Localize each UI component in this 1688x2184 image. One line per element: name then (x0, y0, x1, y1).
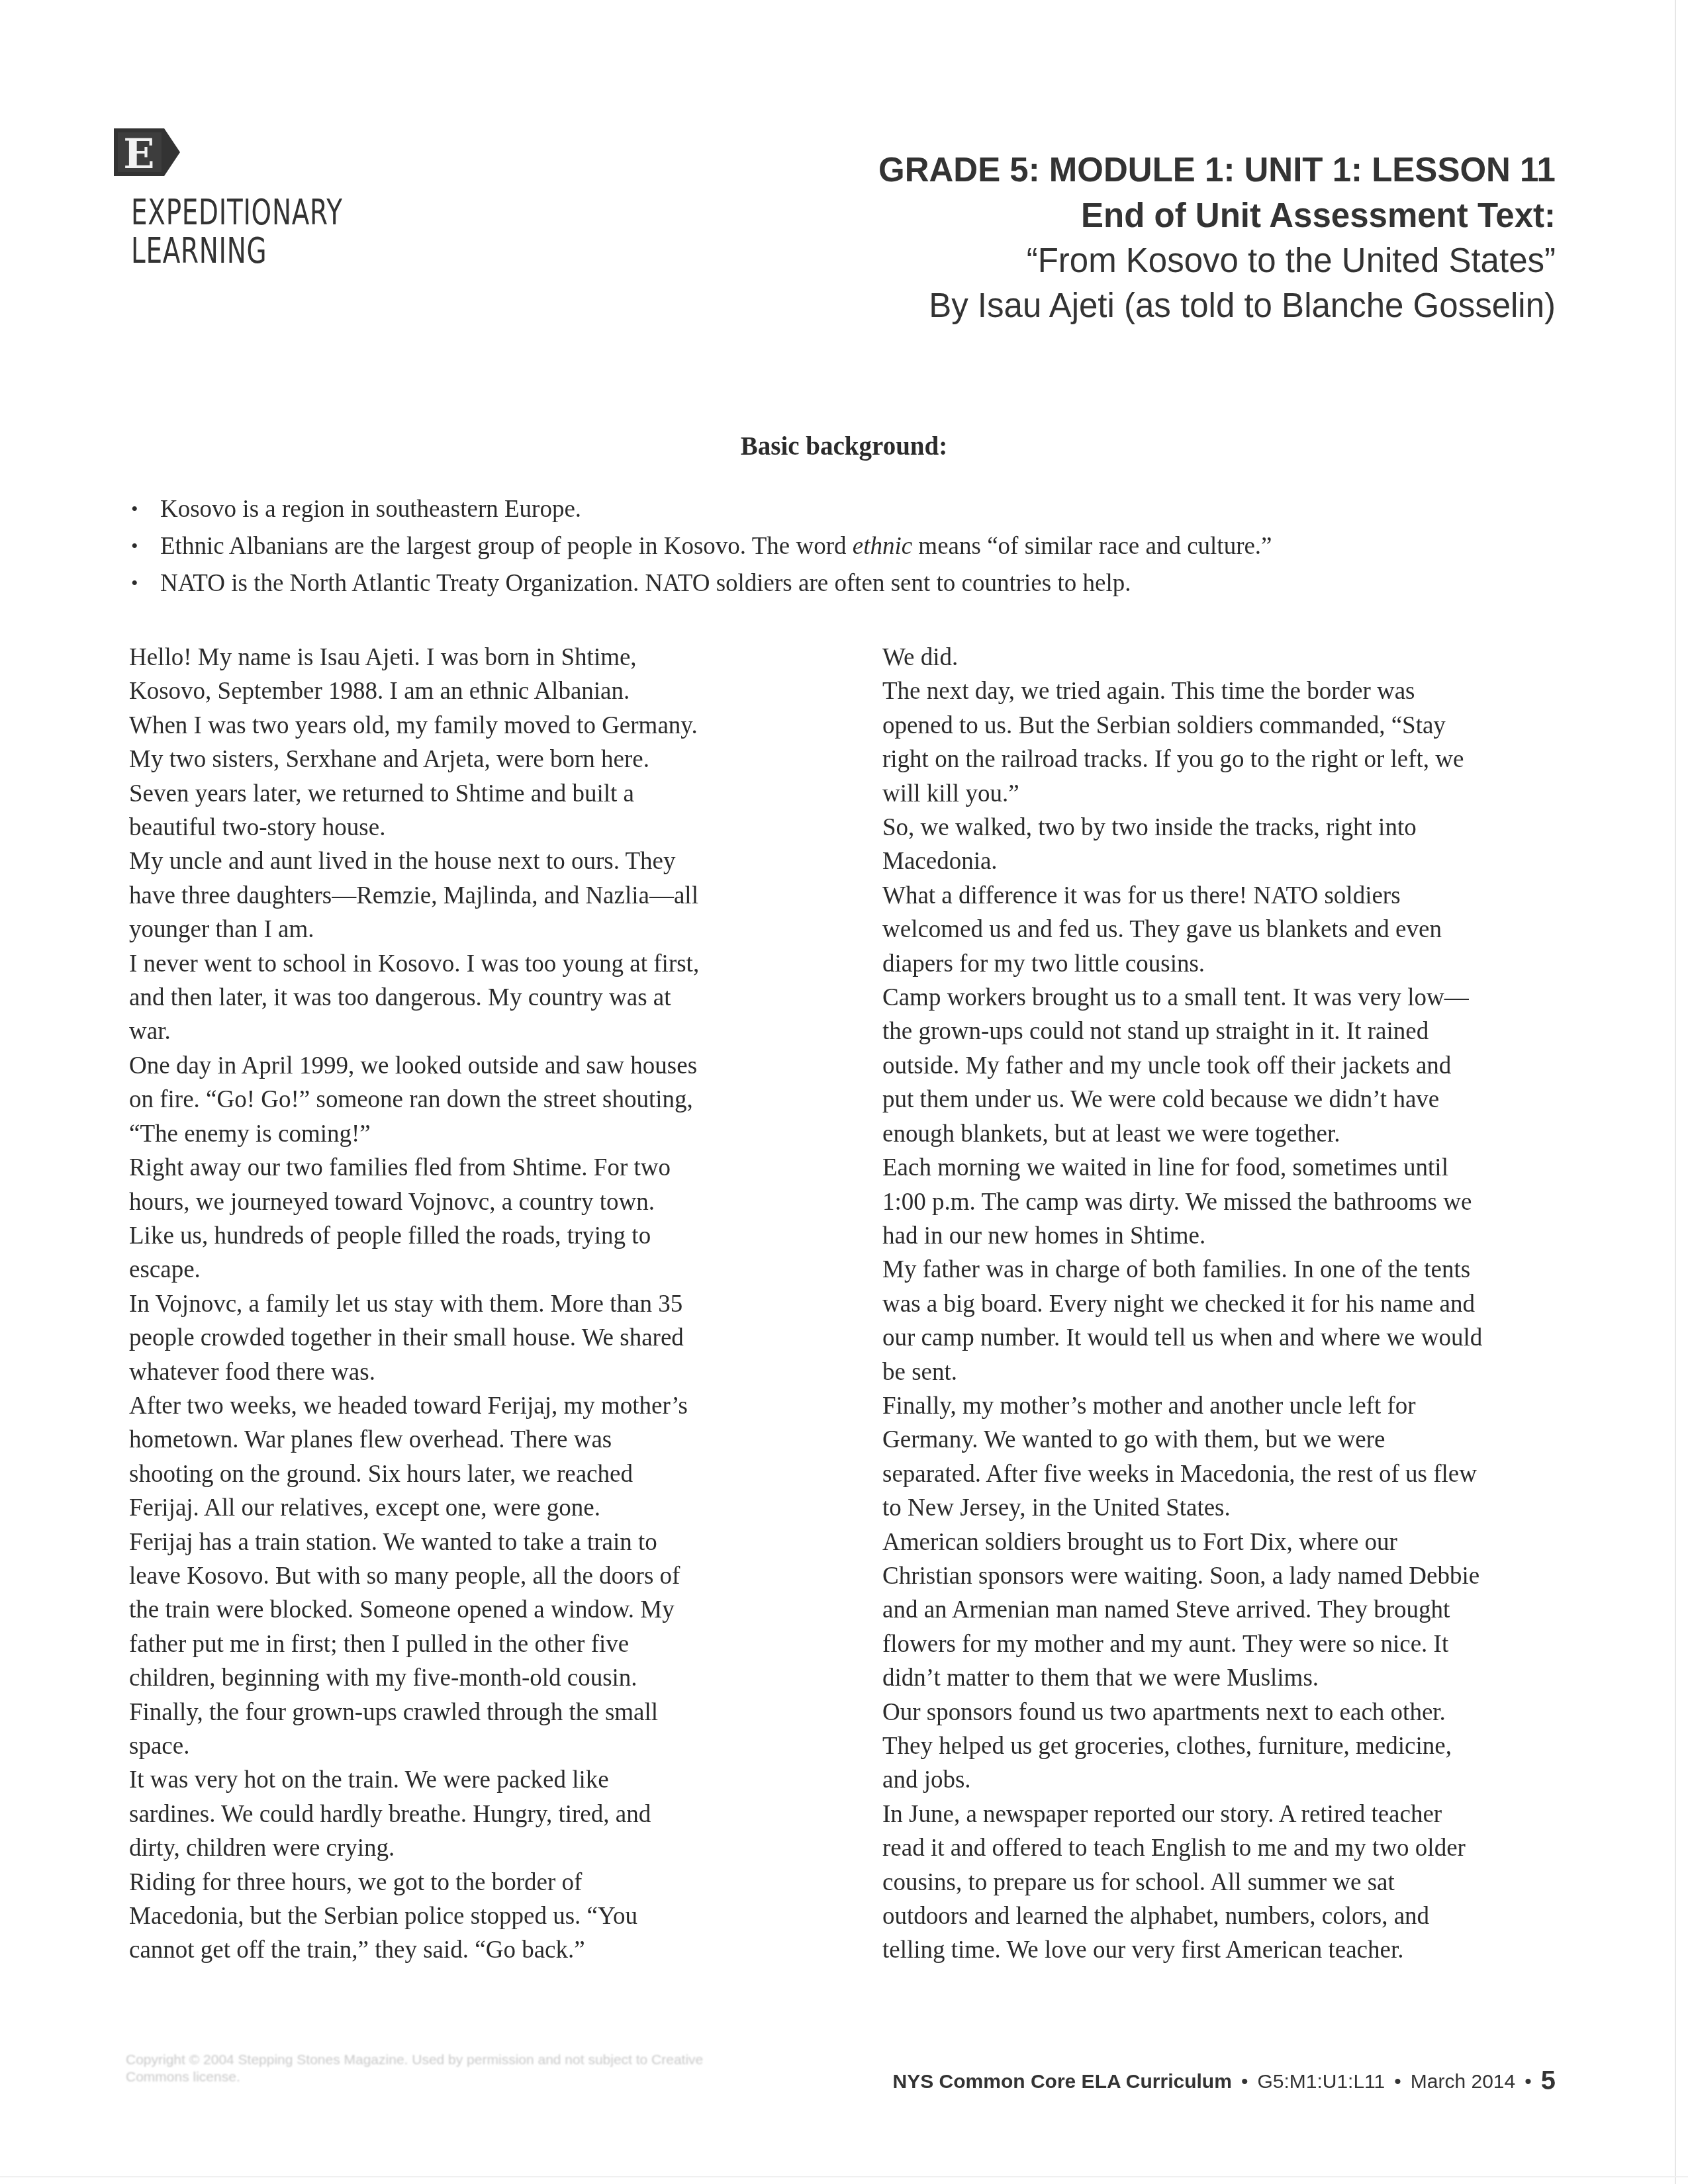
story-paragraph: One day in April 1999, we looked outside… (129, 1049, 784, 1151)
text-author: By Isau Ajeti (as told to Blanche Gossel… (878, 283, 1556, 328)
svg-text:E: E (123, 130, 154, 177)
story-paragraph: Hello! My name is Isau Ajeti. I was born… (129, 641, 784, 844)
story-paragraph: It was very hot on the train. We were pa… (129, 1763, 784, 1865)
background-list: • Kosovo is a region in southeastern Eur… (127, 491, 1272, 602)
bullet-text: means “of similar race and culture.” (912, 533, 1272, 560)
logo-line-1: EXPEDITIONARY (131, 193, 343, 232)
bullet-icon: • (131, 491, 138, 528)
lesson-code: G5:M1:U1:L11 (1257, 2071, 1385, 2093)
footer-info: NYS Common Core ELA Curriculum•G5:M1:U1:… (893, 2066, 1556, 2096)
story-paragraph: After two weeks, we headed toward Ferija… (129, 1389, 784, 1525)
bullet-icon: • (131, 565, 138, 602)
logo-line-2: LEARNING (131, 232, 343, 270)
separator-dot: • (1385, 2071, 1411, 2093)
publication-date: March 2014 (1411, 2071, 1515, 2093)
page-edge (1675, 0, 1676, 2184)
page-edge (0, 2176, 1688, 2177)
background-bullet: • NATO is the North Atlantic Treaty Orga… (127, 565, 1272, 602)
story-paragraph: Our sponsors found us two apartments nex… (882, 1696, 1564, 1797)
story-paragraph: Riding for three hours, we got to the bo… (129, 1866, 784, 1968)
story-paragraph: We did. (882, 641, 1564, 674)
expeditionary-learning-e-flag-icon: E (113, 127, 181, 177)
story-paragraph: In Vojnovc, a family let us stay with th… (129, 1287, 784, 1389)
page-number: 5 (1541, 2066, 1556, 2095)
background-heading: Basic background: (0, 432, 1688, 461)
expeditionary-learning-logo: E EXPEDITIONARY LEARNING (113, 127, 181, 177)
lesson-identifier: GRADE 5: MODULE 1: UNIT 1: LESSON 11 (878, 147, 1556, 193)
story-paragraph: Each morning we waited in line for food,… (882, 1151, 1564, 1253)
story-paragraph: I never went to school in Kosovo. I was … (129, 947, 784, 1049)
background-bullet: • Ethnic Albanians are the largest group… (127, 528, 1272, 565)
copyright-notice: Copyright © 2004 Stepping Stones Magazin… (126, 2052, 722, 2086)
story-column-left: Hello! My name is Isau Ajeti. I was born… (129, 641, 784, 1968)
story-paragraph: In June, a newspaper reported our story.… (882, 1797, 1564, 1968)
bullet-text: Kosovo is a region in southeastern Europ… (160, 496, 581, 523)
text-title: “From Kosovo to the United States” (878, 238, 1556, 283)
bullet-italic-term: ethnic (853, 533, 912, 560)
story-paragraph: So, we walked, two by two inside the tra… (882, 811, 1564, 879)
story-paragraph: Ferijaj has a train station. We wanted t… (129, 1525, 784, 1764)
story-paragraph: American soldiers brought us to Fort Dix… (882, 1525, 1564, 1696)
assessment-label: End of Unit Assessment Text: (878, 193, 1556, 238)
bullet-text: Ethnic Albanians are the largest group o… (160, 533, 853, 560)
separator-dot: • (1232, 2071, 1258, 2093)
separator-dot: • (1515, 2071, 1541, 2093)
story-paragraph: The next day, we tried again. This time … (882, 674, 1564, 811)
bullet-text: NATO is the North Atlantic Treaty Organi… (160, 570, 1131, 597)
curriculum-name: NYS Common Core ELA Curriculum (893, 2071, 1232, 2093)
story-paragraph: Right away our two families fled from Sh… (129, 1151, 784, 1287)
bullet-icon: • (131, 528, 138, 565)
story-paragraph: What a difference it was for us there! N… (882, 879, 1564, 981)
story-paragraph: My father was in charge of both families… (882, 1253, 1564, 1389)
background-bullet: • Kosovo is a region in southeastern Eur… (127, 491, 1272, 528)
story-column-right: We did. The next day, we tried again. Th… (882, 641, 1564, 1968)
story-paragraph: Finally, my mother’s mother and another … (882, 1389, 1564, 1525)
document-header: GRADE 5: MODULE 1: UNIT 1: LESSON 11 End… (878, 147, 1556, 328)
story-paragraph: Camp workers brought us to a small tent.… (882, 981, 1564, 1151)
story-paragraph: My uncle and aunt lived in the house nex… (129, 844, 784, 946)
logo-wordmark: EXPEDITIONARY LEARNING (131, 193, 343, 270)
